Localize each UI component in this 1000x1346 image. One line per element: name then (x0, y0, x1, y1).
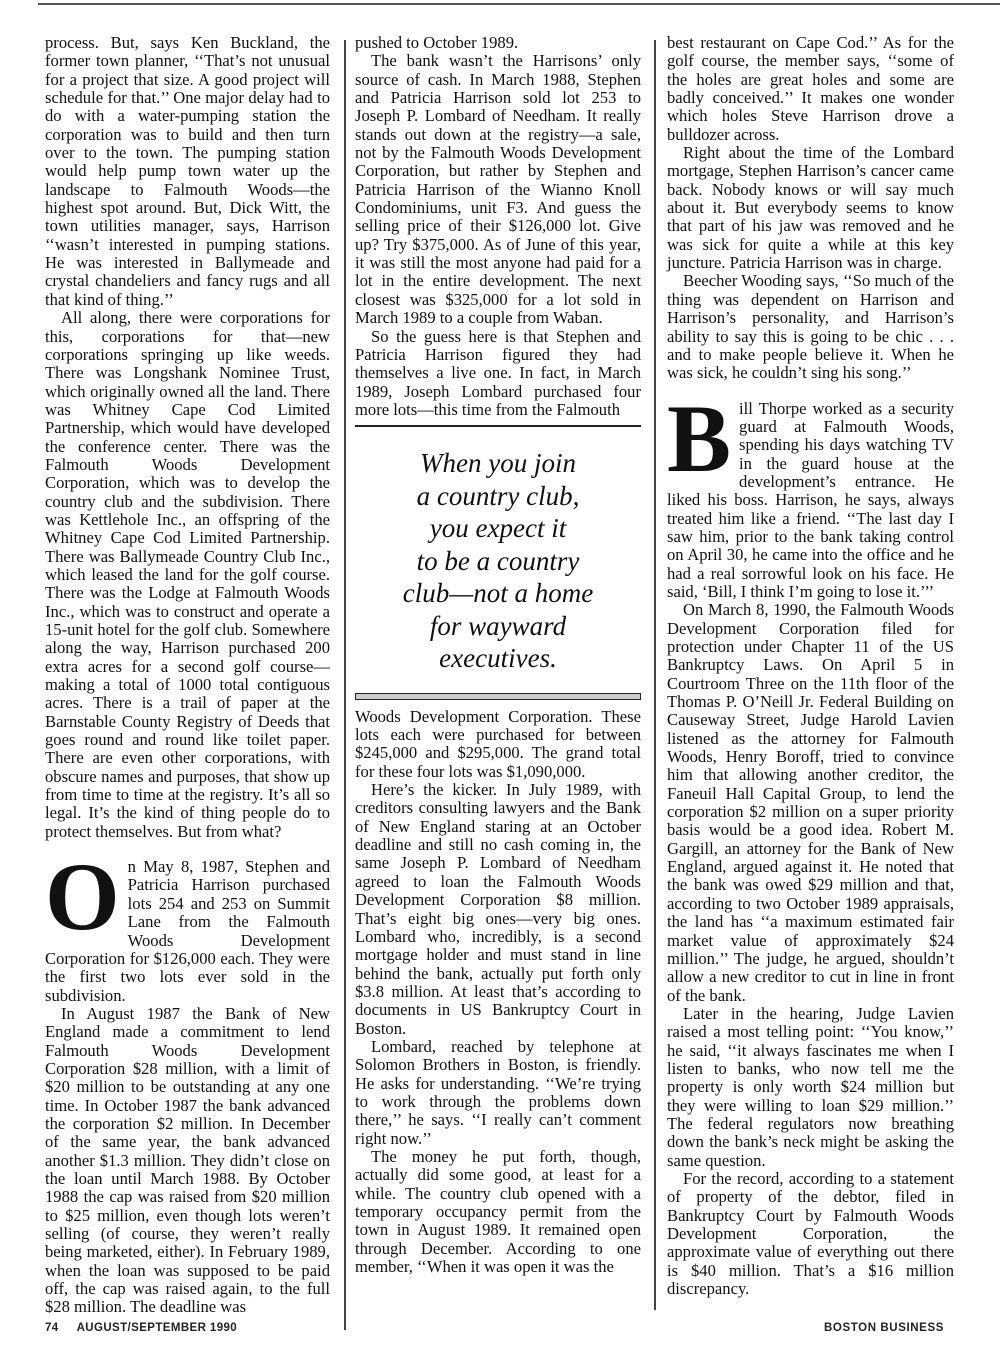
pull-quote-text: When you join a country club, you expect… (355, 427, 641, 693)
paragraph: best restaurant on Cape Cod.’’ As for th… (667, 34, 954, 144)
pull-quote: When you join a country club, you expect… (355, 425, 641, 700)
paragraph: Here’s the kicker. In July 1989, with cr… (355, 781, 641, 1038)
paragraph: Lombard, reached by telephone at Solomon… (355, 1038, 641, 1148)
pull-quote-line: executives. (355, 642, 641, 675)
paragraph: The bank wasn’t the Harrisons’ only sour… (355, 52, 641, 327)
column-divider (654, 40, 656, 1310)
paragraph: On March 8, 1990, the Falmouth Woods Dev… (667, 601, 954, 1005)
pull-quote-line: for wayward (355, 610, 641, 643)
pull-quote-line: When you join (355, 447, 641, 480)
page-footer-left: 74AUGUST/SEPTEMBER 1990 (45, 1322, 237, 1334)
column-divider (344, 40, 346, 1330)
paragraph: Beecher Wooding says, ‘‘So much of the t… (667, 272, 954, 382)
paragraph: pushed to October 1989. (355, 34, 641, 52)
article-column-1: process. But, says Ken Buckland, the for… (45, 34, 330, 1317)
drop-cap: B (667, 402, 731, 476)
paragraph: So the guess here is that Stephen and Pa… (355, 328, 641, 420)
pull-quote-bottom-rule (355, 693, 641, 700)
top-rule (38, 3, 1000, 5)
drop-cap: O (45, 860, 120, 934)
issue-date: AUGUST/SEPTEMBER 1990 (77, 1322, 238, 1334)
dropcap-paragraph: On May 8, 1987, Stephen and Patricia Har… (45, 858, 330, 1005)
paragraph: All along, there were corporations for t… (45, 309, 330, 841)
paragraph: process. But, says Ken Buckland, the for… (45, 34, 330, 309)
pull-quote-line: to be a country (355, 545, 641, 578)
paragraph: For the record, according to a statement… (667, 1170, 954, 1298)
paragraph: Later in the hearing, Judge Lavien raise… (667, 1005, 954, 1170)
article-column-3: best restaurant on Cape Cod.’’ As for th… (667, 34, 954, 1298)
pull-quote-line: you expect it (355, 512, 641, 545)
paragraph: Woods Development Corporation. These lot… (355, 708, 641, 781)
paragraph: Right about the time of the Lombard mort… (667, 144, 954, 272)
pull-quote-line: a country club, (355, 480, 641, 513)
paragraph: In August 1987 the Bank of New England m… (45, 1005, 330, 1317)
paragraph: The money he put forth, though, actually… (355, 1148, 641, 1276)
pull-quote-line: club—not a home (355, 577, 641, 610)
article-column-2: pushed to October 1989. The bank wasn’t … (355, 34, 641, 1276)
dropcap-paragraph: Bill Thorpe worked as a security guard a… (667, 400, 954, 602)
page-number: 74 (45, 1322, 59, 1334)
publication-name: BOSTON BUSINESS (824, 1322, 944, 1334)
